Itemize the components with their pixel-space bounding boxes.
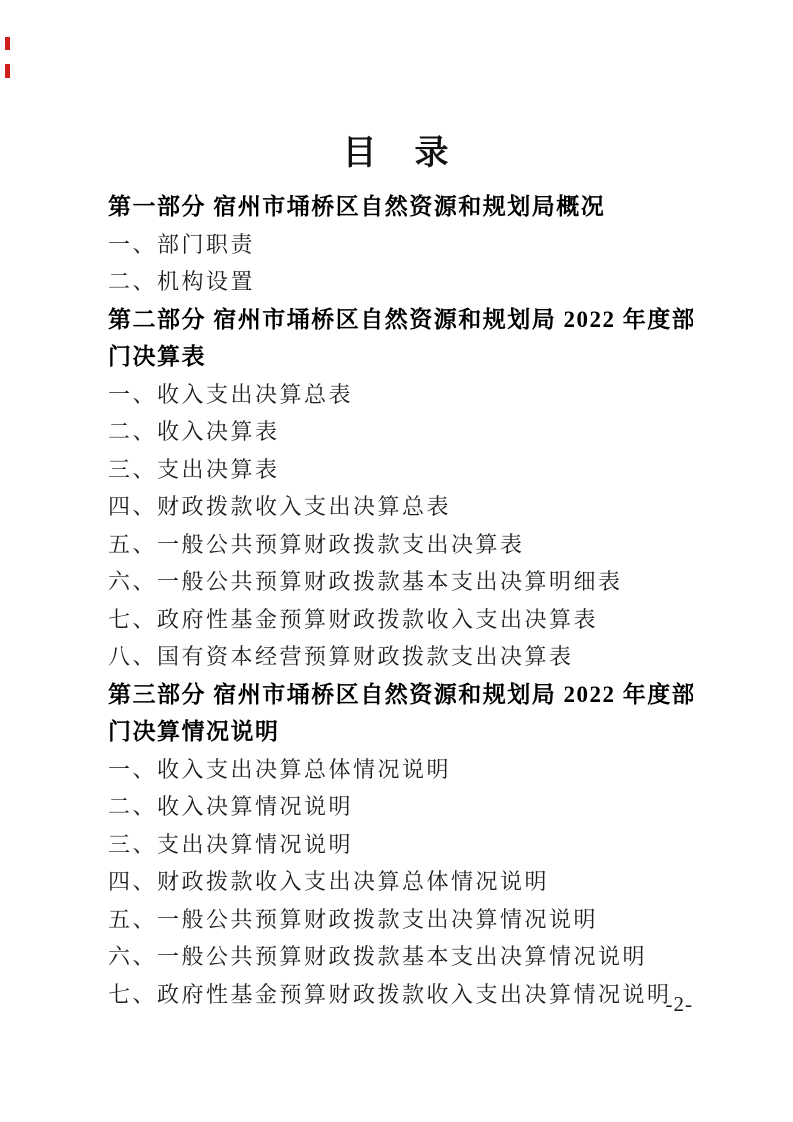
toc-item: 五、一般公共预算财政拨款支出决算表: [108, 526, 693, 564]
toc-section-heading: 第二部分 宿州市埇桥区自然资源和规划局 2022 年度部: [108, 301, 693, 339]
table-of-contents: 第一部分 宿州市埇桥区自然资源和规划局概况 一、部门职责 二、机构设置 第二部分…: [0, 188, 793, 1013]
toc-item: 六、一般公共预算财政拨款基本支出决算情况说明: [108, 938, 693, 976]
toc-item: 七、政府性基金预算财政拨款收入支出决算情况说明: [108, 976, 693, 1014]
toc-item: 四、财政拨款收入支出决算总体情况说明: [108, 863, 693, 901]
toc-item: 二、收入决算表: [108, 413, 693, 451]
scan-artifact-red-mark: [5, 37, 10, 50]
toc-item: 八、国有资本经营预算财政拨款支出决算表: [108, 638, 693, 676]
toc-section-heading-continuation: 门决算表: [108, 338, 693, 376]
toc-item: 三、支出决算表: [108, 451, 693, 489]
toc-item: 一、收入支出决算总体情况说明: [108, 751, 693, 789]
page-title: 目 录: [0, 0, 793, 171]
toc-item: 二、机构设置: [108, 263, 693, 301]
toc-item: 四、财政拨款收入支出决算总表: [108, 488, 693, 526]
toc-item: 二、收入决算情况说明: [108, 788, 693, 826]
toc-item: 一、部门职责: [108, 226, 693, 264]
scan-artifact-red-mark: [5, 64, 10, 78]
toc-item: 一、收入支出决算总表: [108, 376, 693, 414]
toc-section-heading: 第三部分 宿州市埇桥区自然资源和规划局 2022 年度部: [108, 676, 693, 714]
toc-item: 七、政府性基金预算财政拨款收入支出决算表: [108, 601, 693, 639]
page-number: -2-: [666, 992, 694, 1017]
document-page: 目 录 第一部分 宿州市埇桥区自然资源和规划局概况 一、部门职责 二、机构设置 …: [0, 0, 793, 1122]
toc-section-heading-continuation: 门决算情况说明: [108, 713, 693, 751]
toc-item: 六、一般公共预算财政拨款基本支出决算明细表: [108, 563, 693, 601]
toc-item: 三、支出决算情况说明: [108, 826, 693, 864]
toc-section-heading: 第一部分 宿州市埇桥区自然资源和规划局概况: [108, 188, 693, 226]
toc-item: 五、一般公共预算财政拨款支出决算情况说明: [108, 901, 693, 939]
